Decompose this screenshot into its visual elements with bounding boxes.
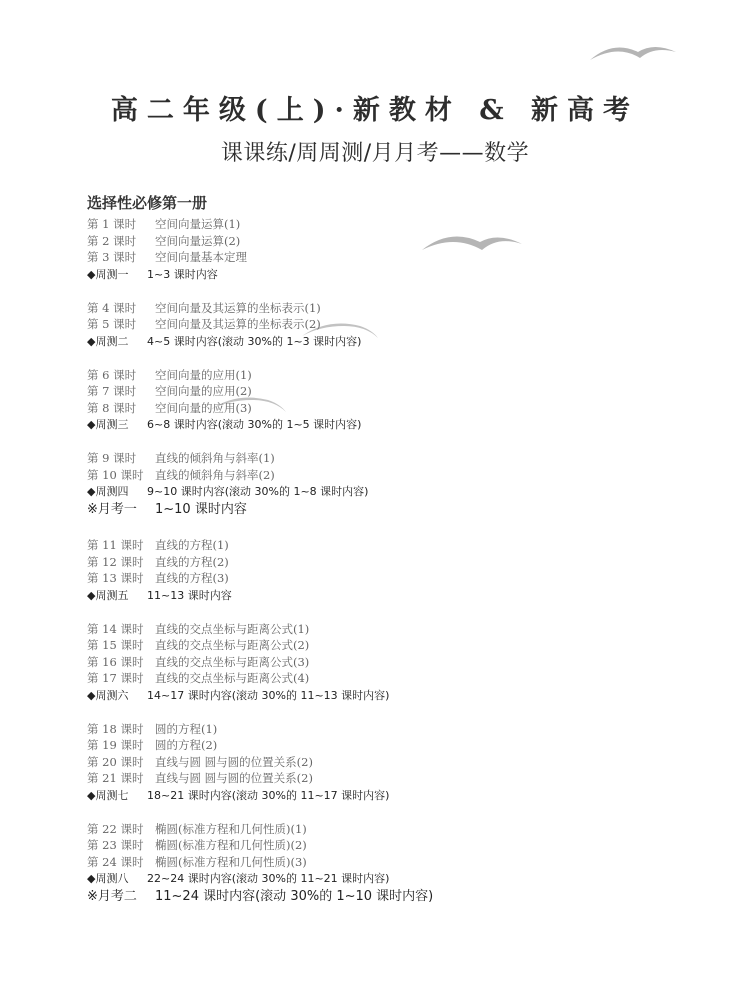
weekly-test-content: 14~17 课时内容(滚动 30%的 11~13 课时内容) [147,689,389,702]
monthly-exam-entry: ※月考二11~24 课时内容(滚动 30%的 1~10 课时内容) [87,887,647,907]
weekly-test-content: 22~24 课时内容(滚动 30%的 11~21 课时内容) [147,872,389,885]
lesson-number: 第 14 课时 [87,621,155,638]
lesson-number: 第 20 课时 [87,754,155,771]
weekly-test-entry: ◆周测六14~17 课时内容(滚动 30%的 11~13 课时内容) [87,687,647,704]
lesson-title: 直线的倾斜角与斜率(1) [155,451,275,465]
lesson-title: 空间向量的应用(2) [155,384,252,398]
section-title: 选择性必修第一册 [87,193,647,213]
lesson-title: 直线与圆 圆与圆的位置关系(2) [155,755,313,769]
lesson-title: 空间向量运算(2) [155,234,240,248]
lesson-entry: 第 15 课时直线的交点坐标与距离公式(2) [87,637,647,654]
lesson-entry: 第 3 课时空间向量基本定理 [87,249,647,266]
lesson-entry: 第 12 课时直线的方程(2) [87,554,647,571]
lesson-number: 第 5 课时 [87,316,155,333]
lesson-number: 第 2 课时 [87,233,155,250]
lesson-entry: 第 23 课时椭圆(标准方程和几何性质)(2) [87,837,647,854]
lesson-number: 第 16 课时 [87,654,155,671]
lesson-number: 第 17 课时 [87,670,155,687]
lesson-entry: 第 18 课时圆的方程(1) [87,721,647,738]
weekly-test-label: ◆周测四 [87,483,147,500]
lesson-number: 第 18 课时 [87,721,155,738]
weekly-test-label: ◆周测八 [87,870,147,887]
monthly-exam-content: 11~24 课时内容(滚动 30%的 1~10 课时内容) [155,889,433,904]
lesson-number: 第 6 课时 [87,367,155,384]
toc-group: 第 1 课时空间向量运算(1)第 2 课时空间向量运算(2)第 3 课时空间向量… [87,216,647,283]
lesson-number: 第 11 课时 [87,537,155,554]
book-title: 高二年级(上)·新教材 & 新高考 [0,88,750,127]
lesson-title: 直线的方程(2) [155,555,229,569]
weekly-test-entry: ◆周测七18~21 课时内容(滚动 30%的 11~17 课时内容) [87,787,647,804]
lesson-entry: 第 6 课时空间向量的应用(1) [87,367,647,384]
lesson-title: 直线的方程(1) [155,538,229,552]
lesson-number: 第 15 课时 [87,637,155,654]
weekly-test-entry: ◆周测三6~8 课时内容(滚动 30%的 1~5 课时内容) [87,416,647,433]
lesson-title: 椭圆(标准方程和几何性质)(1) [155,822,307,836]
weekly-test-content: 1~3 课时内容 [147,268,218,281]
weekly-test-label: ◆周测六 [87,687,147,704]
lesson-title: 空间向量运算(1) [155,217,240,231]
lesson-title: 直线与圆 圆与圆的位置关系(2) [155,771,313,785]
lesson-entry: 第 7 课时空间向量的应用(2) [87,383,647,400]
lesson-title: 圆的方程(2) [155,738,217,752]
lesson-entry: 第 20 课时直线与圆 圆与圆的位置关系(2) [87,754,647,771]
weekly-test-label: ◆周测七 [87,787,147,804]
lesson-number: 第 3 课时 [87,249,155,266]
toc-group: 第 18 课时圆的方程(1)第 19 课时圆的方程(2)第 20 课时直线与圆 … [87,721,647,804]
monthly-exam-label: ※月考二 [87,887,155,907]
lesson-entry: 第 24 课时椭圆(标准方程和几何性质)(3) [87,854,647,871]
lesson-entry: 第 9 课时直线的倾斜角与斜率(1) [87,450,647,467]
lesson-title: 直线的倾斜角与斜率(2) [155,468,275,482]
weekly-test-label: ◆周测一 [87,266,147,283]
lesson-title: 直线的交点坐标与距离公式(3) [155,655,309,669]
toc-group: 第 11 课时直线的方程(1)第 12 课时直线的方程(2)第 13 课时直线的… [87,537,647,604]
lesson-number: 第 8 课时 [87,400,155,417]
lesson-title: 空间向量的应用(1) [155,368,252,382]
table-of-contents: 选择性必修第一册 第 1 课时空间向量运算(1)第 2 课时空间向量运算(2)第… [87,193,647,924]
lesson-title: 直线的交点坐标与距离公式(2) [155,638,309,652]
lesson-entry: 第 1 课时空间向量运算(1) [87,216,647,233]
weekly-test-content: 6~8 课时内容(滚动 30%的 1~5 课时内容) [147,418,361,431]
lesson-entry: 第 11 课时直线的方程(1) [87,537,647,554]
lesson-entry: 第 13 课时直线的方程(3) [87,570,647,587]
weekly-test-content: 18~21 课时内容(滚动 30%的 11~17 课时内容) [147,789,389,802]
weekly-test-entry: ◆周测八22~24 课时内容(滚动 30%的 11~21 课时内容) [87,870,647,887]
lesson-entry: 第 5 课时空间向量及其运算的坐标表示(2) [87,316,647,333]
lesson-entry: 第 14 课时直线的交点坐标与距离公式(1) [87,621,647,638]
weekly-test-label: ◆周测三 [87,416,147,433]
lesson-title: 空间向量基本定理 [155,250,247,264]
weekly-test-entry: ◆周测一1~3 课时内容 [87,266,647,283]
lesson-title: 椭圆(标准方程和几何性质)(2) [155,838,307,852]
toc-group: 第 4 课时空间向量及其运算的坐标表示(1)第 5 课时空间向量及其运算的坐标表… [87,300,647,350]
lesson-entry: 第 17 课时直线的交点坐标与距离公式(4) [87,670,647,687]
lesson-title: 直线的交点坐标与距离公式(4) [155,671,309,685]
weekly-test-label: ◆周测二 [87,333,147,350]
toc-group: 第 6 课时空间向量的应用(1)第 7 课时空间向量的应用(2)第 8 课时空间… [87,367,647,434]
lesson-number: 第 1 课时 [87,216,155,233]
lesson-number: 第 7 课时 [87,383,155,400]
lesson-entry: 第 10 课时直线的倾斜角与斜率(2) [87,467,647,484]
weekly-test-content: 9~10 课时内容(滚动 30%的 1~8 课时内容) [147,485,368,498]
toc-group: 第 9 课时直线的倾斜角与斜率(1)第 10 课时直线的倾斜角与斜率(2)◆周测… [87,450,647,520]
weekly-test-entry: ◆周测二4~5 课时内容(滚动 30%的 1~3 课时内容) [87,333,647,350]
lesson-entry: 第 4 课时空间向量及其运算的坐标表示(1) [87,300,647,317]
lesson-title: 空间向量及其运算的坐标表示(2) [155,317,321,331]
lesson-number: 第 19 课时 [87,737,155,754]
lesson-number: 第 12 课时 [87,554,155,571]
weekly-test-entry: ◆周测四9~10 课时内容(滚动 30%的 1~8 课时内容) [87,483,647,500]
monthly-exam-label: ※月考一 [87,500,155,520]
lesson-title: 椭圆(标准方程和几何性质)(3) [155,855,307,869]
lesson-number: 第 23 课时 [87,837,155,854]
lesson-number: 第 22 课时 [87,821,155,838]
lesson-title: 空间向量及其运算的坐标表示(1) [155,301,321,315]
lesson-entry: 第 21 课时直线与圆 圆与圆的位置关系(2) [87,770,647,787]
toc-group: 第 22 课时椭圆(标准方程和几何性质)(1)第 23 课时椭圆(标准方程和几何… [87,821,647,908]
lesson-title: 圆的方程(1) [155,722,217,736]
bird-decoration-icon [588,38,678,64]
lesson-number: 第 13 课时 [87,570,155,587]
lesson-title: 空间向量的应用(3) [155,401,252,415]
toc-group: 第 14 课时直线的交点坐标与距离公式(1)第 15 课时直线的交点坐标与距离公… [87,621,647,704]
lesson-number: 第 9 课时 [87,450,155,467]
weekly-test-label: ◆周测五 [87,587,147,604]
lesson-entry: 第 2 课时空间向量运算(2) [87,233,647,250]
weekly-test-content: 11~13 课时内容 [147,589,232,602]
lesson-number: 第 21 课时 [87,770,155,787]
lesson-entry: 第 19 课时圆的方程(2) [87,737,647,754]
lesson-entry: 第 16 课时直线的交点坐标与距离公式(3) [87,654,647,671]
lesson-title: 直线的方程(3) [155,571,229,585]
book-subtitle: 课课练/周周测/月月考——数学 [0,136,750,167]
monthly-exam-content: 1~10 课时内容 [155,502,247,517]
lesson-number: 第 24 课时 [87,854,155,871]
weekly-test-content: 4~5 课时内容(滚动 30%的 1~3 课时内容) [147,335,361,348]
lesson-entry: 第 22 课时椭圆(标准方程和几何性质)(1) [87,821,647,838]
monthly-exam-entry: ※月考一1~10 课时内容 [87,500,647,520]
lesson-number: 第 10 课时 [87,467,155,484]
lesson-entry: 第 8 课时空间向量的应用(3) [87,400,647,417]
lesson-number: 第 4 课时 [87,300,155,317]
weekly-test-entry: ◆周测五11~13 课时内容 [87,587,647,604]
lesson-title: 直线的交点坐标与距离公式(1) [155,622,309,636]
